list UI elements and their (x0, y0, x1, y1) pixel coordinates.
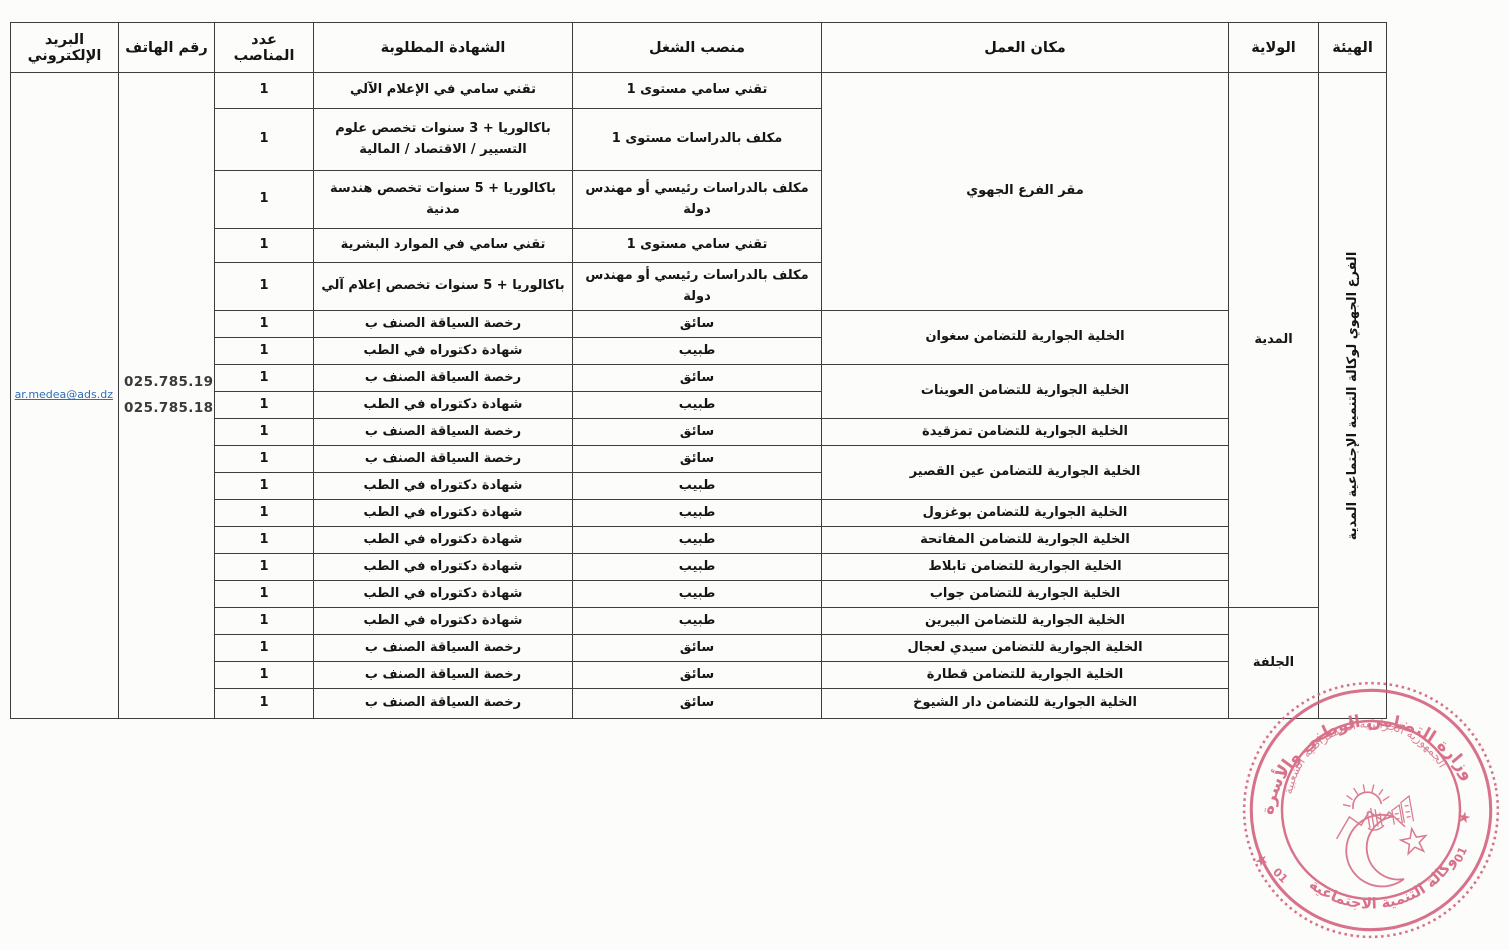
certificate-cell: رخصة السياقة الصنف ب (314, 689, 573, 719)
table-row: الجلفةالخلية الجوارية للتضامن البيرينطبي… (11, 608, 1387, 635)
scanned-document-page: الهيئة الولاية مكان العمل منصب الشغل الش… (0, 0, 1509, 950)
table-row: الخلية الجوارية للتضامن تابلاططبيبشهادة … (11, 554, 1387, 581)
position-cell: سائق (573, 689, 822, 719)
certificate-cell: تقني سامي في الموارد البشرية (314, 229, 573, 263)
table-row: الخلية الجوارية للتضامن عين القصيرسائقرخ… (11, 446, 1387, 473)
certificate-cell: باكالوريا + 3 سنوات تخصص علوم التسيير / … (314, 109, 573, 171)
wilaya-cell: الجلفة (1229, 608, 1319, 719)
certificate-cell: باكالوريا + 5 سنوات تخصص إعلام آلي (314, 263, 573, 311)
organization-cell: الفرع الجهوي لوكالة التنمية الإجتماعية ا… (1319, 73, 1387, 719)
position-cell: مكلف بالدراسات رئيسي أو مهندس دولة (573, 171, 822, 229)
positions-count-cell: 1 (215, 171, 314, 229)
position-cell: طبيب (573, 473, 822, 500)
certificate-cell: رخصة السياقة الصنف ب (314, 419, 573, 446)
positions-count-cell: 1 (215, 419, 314, 446)
position-cell: سائق (573, 311, 822, 338)
table-row: الخلية الجوارية للتضامن المفاتحةطبيبشهاد… (11, 527, 1387, 554)
emblem-icon (1328, 775, 1433, 893)
positions-count-cell: 1 (215, 392, 314, 419)
col-header-organization: الهيئة (1319, 23, 1387, 73)
workplace-cell: الخلية الجوارية للتضامن المفاتحة (822, 527, 1229, 554)
positions-count-cell: 1 (215, 263, 314, 311)
workplace-cell: الخلية الجوارية للتضامن تابلاط (822, 554, 1229, 581)
table-row: الخلية الجوارية للتضامن سيدي لعجالسائقرخ… (11, 635, 1387, 662)
positions-count-cell: 1 (215, 689, 314, 719)
phone-number: 025.785.190 (124, 370, 209, 396)
col-header-email: البريد الإلكتروني (11, 23, 119, 73)
position-cell: سائق (573, 419, 822, 446)
certificate-cell: شهادة دكتوراه في الطب (314, 392, 573, 419)
position-cell: طبيب (573, 527, 822, 554)
certificate-cell: شهادة دكتوراه في الطب (314, 473, 573, 500)
table-row: الخلية الجوارية للتضامن سغوانسائقرخصة ال… (11, 311, 1387, 338)
workplace-cell: الخلية الجوارية للتضامن العوينات (822, 365, 1229, 419)
workplace-cell: الخلية الجوارية للتضامن عين القصير (822, 446, 1229, 500)
certificate-cell: شهادة دكتوراه في الطب (314, 338, 573, 365)
header-row: الهيئة الولاية مكان العمل منصب الشغل الش… (11, 23, 1387, 73)
position-cell: سائق (573, 365, 822, 392)
positions-count-cell: 1 (215, 608, 314, 635)
phone-cell: 025.785.190025.785.188 (119, 73, 215, 719)
stamp-star-right-icon: ★ (1456, 808, 1473, 828)
certificate-cell: شهادة دكتوراه في الطب (314, 581, 573, 608)
positions-count-cell: 1 (215, 662, 314, 689)
position-cell: مكلف بالدراسات مستوى 1 (573, 109, 822, 171)
positions-count-cell: 1 (215, 311, 314, 338)
position-cell: سائق (573, 446, 822, 473)
positions-count-cell: 1 (215, 229, 314, 263)
stamp-star-left-icon: ★ (1251, 849, 1272, 871)
positions-count-cell: 1 (215, 338, 314, 365)
col-header-wilaya: الولاية (1229, 23, 1319, 73)
position-cell: طبيب (573, 500, 822, 527)
stamp-right-number: 01 (1452, 845, 1470, 865)
workplace-cell: الخلية الجوارية للتضامن سغوان (822, 311, 1229, 365)
workplace-cell: الخلية الجوارية للتضامن سيدي لعجال (822, 635, 1229, 662)
jobs-table-body: الفرع الجهوي لوكالة التنمية الإجتماعية ا… (11, 73, 1387, 719)
position-cell: سائق (573, 662, 822, 689)
table-row: الفرع الجهوي لوكالة التنمية الإجتماعية ا… (11, 73, 1387, 109)
table-row: الخلية الجوارية للتضامن جوابطبيبشهادة دك… (11, 581, 1387, 608)
col-header-workplace: مكان العمل (822, 23, 1229, 73)
positions-count-cell: 1 (215, 635, 314, 662)
workplace-cell: الخلية الجوارية للتضامن جواب (822, 581, 1229, 608)
table-row: الخلية الجوارية للتضامن العويناتسائقرخصة… (11, 365, 1387, 392)
position-cell: طبيب (573, 338, 822, 365)
position-cell: تقني سامي مستوى 1 (573, 73, 822, 109)
workplace-cell: مقر الفرع الجهوي (822, 73, 1229, 311)
positions-count-cell: 1 (215, 473, 314, 500)
table-row: الخلية الجوارية للتضامن دار الشيوخسائقرخ… (11, 689, 1387, 719)
positions-count-cell: 1 (215, 500, 314, 527)
recruitment-table: الهيئة الولاية مكان العمل منصب الشغل الش… (10, 22, 1387, 719)
workplace-cell: الخلية الجوارية للتضامن قطارة (822, 662, 1229, 689)
certificate-cell: شهادة دكتوراه في الطب (314, 608, 573, 635)
positions-count-cell: 1 (215, 365, 314, 392)
positions-count-cell: 1 (215, 446, 314, 473)
workplace-cell: الخلية الجوارية للتضامن تمزقيدة (822, 419, 1229, 446)
stamp-bottom-text: وكالة التنمية الاجتماعية (1304, 851, 1466, 925)
position-cell: طبيب (573, 554, 822, 581)
certificate-cell: شهادة دكتوراه في الطب (314, 500, 573, 527)
email-link[interactable]: ar.medea@ads.dz (15, 386, 113, 403)
certificate-cell: باكالوريا + 5 سنوات تخصص هندسة مدنية (314, 171, 573, 229)
col-header-count: عدد المناصب (215, 23, 314, 73)
workplace-cell: الخلية الجوارية للتضامن بوغزول (822, 500, 1229, 527)
organization-vertical-label: الفرع الجهوي لوكالة التنمية الإجتماعية ا… (1342, 251, 1362, 540)
certificate-cell: شهادة دكتوراه في الطب (314, 554, 573, 581)
position-cell: طبيب (573, 392, 822, 419)
table-row: الخلية الجوارية للتضامن قطارةسائقرخصة ال… (11, 662, 1387, 689)
wilaya-cell: المدية (1229, 73, 1319, 608)
position-cell: تقني سامي مستوى 1 (573, 229, 822, 263)
certificate-cell: رخصة السياقة الصنف ب (314, 311, 573, 338)
positions-count-cell: 1 (215, 581, 314, 608)
position-cell: سائق (573, 635, 822, 662)
workplace-cell: الخلية الجوارية للتضامن البيرين (822, 608, 1229, 635)
certificate-cell: رخصة السياقة الصنف ب (314, 446, 573, 473)
certificate-cell: رخصة السياقة الصنف ب (314, 635, 573, 662)
table-row: الخلية الجوارية للتضامن تمزقيدةسائقرخصة … (11, 419, 1387, 446)
positions-count-cell: 1 (215, 554, 314, 581)
certificate-cell: رخصة السياقة الصنف ب (314, 662, 573, 689)
workplace-cell: الخلية الجوارية للتضامن دار الشيوخ (822, 689, 1229, 719)
table-row: الخلية الجوارية للتضامن بوغزولطبيبشهادة … (11, 500, 1387, 527)
email-cell: ar.medea@ads.dz (11, 73, 119, 719)
stamp-left-number: 01 (1270, 866, 1290, 886)
col-header-certificate: الشهادة المطلوبة (314, 23, 573, 73)
stamp-inner-ring (1268, 707, 1474, 913)
position-cell: طبيب (573, 581, 822, 608)
positions-count-cell: 1 (215, 527, 314, 554)
positions-count-cell: 1 (215, 73, 314, 109)
position-cell: طبيب (573, 608, 822, 635)
col-header-phone: رقم الهاتف (119, 23, 215, 73)
col-header-position: منصب الشغل (573, 23, 822, 73)
certificate-cell: رخصة السياقة الصنف ب (314, 365, 573, 392)
position-cell: مكلف بالدراسات رئيسي أو مهندس دولة (573, 263, 822, 311)
certificate-cell: تقني سامي في الإعلام الآلي (314, 73, 573, 109)
phone-number: 025.785.188 (124, 396, 209, 422)
certificate-cell: شهادة دكتوراه في الطب (314, 527, 573, 554)
positions-count-cell: 1 (215, 109, 314, 171)
